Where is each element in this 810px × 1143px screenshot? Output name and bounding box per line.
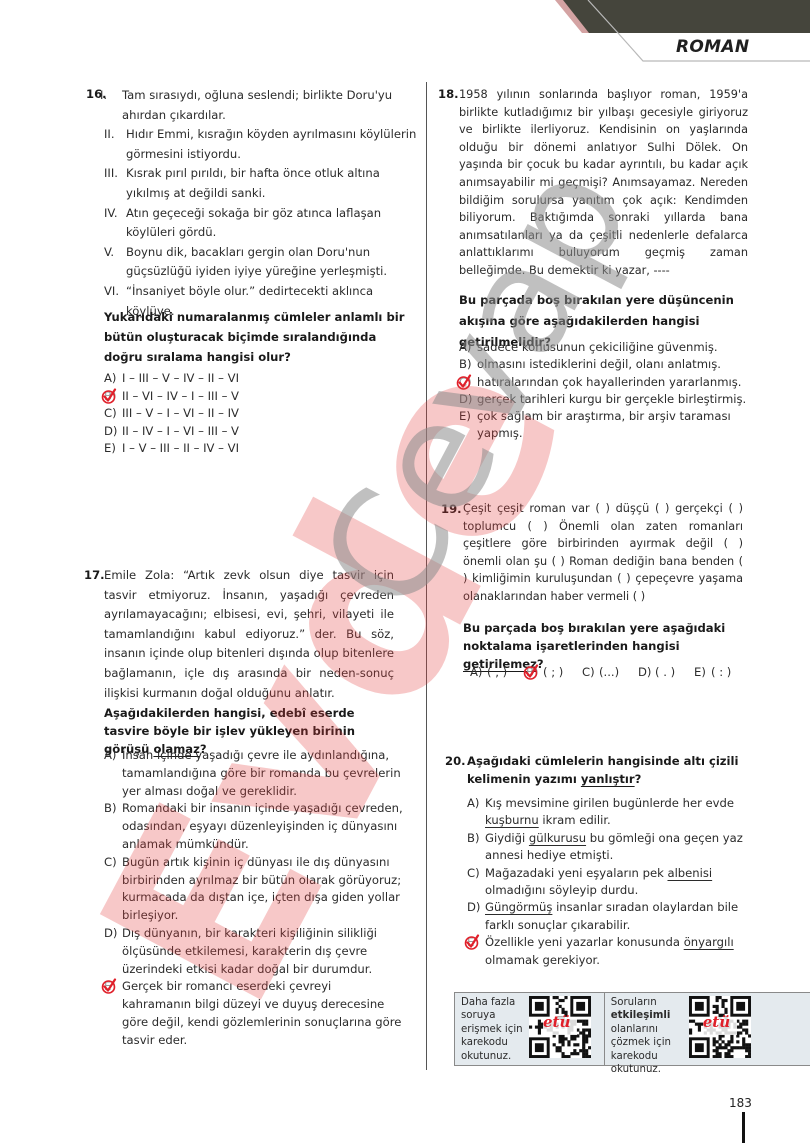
option-text: (...): [599, 664, 619, 682]
answer-option[interactable]: B)( ; ): [526, 664, 582, 682]
question-number: 17.: [84, 568, 105, 582]
answer-option[interactable]: B)II – VI – IV – I – III – V: [104, 388, 418, 406]
qr-caption: Daha fazla soruya erişmek için karekodu …: [461, 996, 523, 1063]
q20-options: A)Kış mevsimine girilen bugünlerde her e…: [467, 795, 752, 969]
q16-options: A)I – III – V – IV – II – VIB)II – VI – …: [104, 370, 418, 458]
sentence-number: V.: [104, 243, 126, 282]
option-label: D): [638, 664, 655, 682]
answer-option[interactable]: A)( , ): [470, 664, 526, 682]
option-label: E): [104, 440, 122, 458]
qr-code-icon[interactable]: etü: [529, 996, 591, 1058]
textbook-page: ROMAN 16. I.Tam sırasıydı, oğluna seslen…: [0, 0, 810, 1143]
option-text: Kış mevsimine girilen bugünlerde her evd…: [485, 795, 752, 830]
option-label: D): [467, 899, 485, 934]
qr-info-box: Daha fazla soruya erişmek için karekodu …: [454, 992, 810, 1066]
answer-option[interactable]: E)( : ): [694, 664, 750, 682]
option-label: E): [694, 664, 711, 682]
option-label: A): [104, 370, 122, 388]
answer-option[interactable]: E)I – V – III – II – IV – VI: [104, 440, 418, 458]
option-text: Romandaki bir insanın içinde yaşadığı çe…: [122, 800, 404, 853]
answer-option[interactable]: A)sadece konusunun çekiciliğine güvenmiş…: [459, 339, 748, 356]
underlined-word: önyargılı: [684, 935, 734, 949]
sentence-number: II.: [104, 125, 126, 164]
page-number-bar: [742, 1112, 745, 1143]
answer-option[interactable]: D)II – IV – I – VI – III – V: [104, 423, 418, 441]
q16-prompt: Yukarıdaki numaralanmış cümleler anlamlı…: [104, 307, 418, 367]
option-text: sadece konusunun çekiciliğine güvenmiş.: [477, 339, 748, 356]
answer-option[interactable]: D)gerçek tarihleri kurgu bir gerçekle bi…: [459, 391, 748, 408]
answer-option[interactable]: C)Bugün artık kişinin iç dünyası ile dış…: [104, 854, 404, 925]
numbered-sentence: V.Boynu dik, bacakları gergin olan Doru'…: [104, 243, 418, 282]
option-text: I – III – V – IV – II – VI: [122, 370, 418, 388]
numbered-sentence: II.Hıdır Emmi, kısrağın köyden ayrılması…: [104, 125, 418, 164]
option-text: İnsan içinde yaşadığı çevre ile aydınlan…: [122, 747, 404, 800]
option-label: B): [526, 664, 543, 682]
answer-option[interactable]: C)hatıralarından çok hayallerinden yarar…: [459, 374, 748, 391]
option-label: D): [104, 925, 122, 978]
option-text: I – V – III – II – IV – VI: [122, 440, 418, 458]
option-text: olmasını istediklerini değil, olanı anla…: [477, 356, 748, 373]
option-label: C): [582, 664, 599, 682]
qr-cell-more-questions: Daha fazla soruya erişmek için karekodu …: [455, 993, 604, 1065]
answer-option[interactable]: E)Gerçek bir romancı eserdeki çevreyi ka…: [104, 978, 404, 1049]
option-text: III – V – I – VI – II – IV: [122, 405, 418, 423]
option-label: E): [467, 934, 485, 969]
option-label: C): [104, 854, 122, 925]
sentence-text: Tam sırasıydı, oğluna seslendi; birlikte…: [122, 86, 418, 125]
option-label: C): [104, 405, 122, 423]
section-title: ROMAN: [676, 37, 749, 57]
numbered-sentence: IV.Atın geçeceği sokağa bir göz atınca l…: [104, 204, 418, 243]
answer-option[interactable]: C)Mağazadaki yeni eşyaların pek albenisi…: [467, 865, 752, 900]
option-label: A): [467, 795, 485, 830]
option-label: D): [459, 391, 477, 408]
answer-option[interactable]: D)Dış dünyanın, bir karakteri kişiliğini…: [104, 925, 404, 978]
answer-option[interactable]: A)I – III – V – IV – II – VI: [104, 370, 418, 388]
answer-check-icon: [101, 388, 117, 404]
option-label: E): [459, 408, 477, 443]
q17-passage: Emile Zola: “Artık zevk olsun diye tasvi…: [104, 566, 394, 703]
header-band: [0, 0, 810, 70]
answer-option[interactable]: D)Güngörmüş insanlar sıradan olaylardan …: [467, 899, 752, 934]
option-label: E): [104, 978, 122, 1049]
option-text: Giydiği gülkurusu bu gömleği ona geçen y…: [485, 830, 752, 865]
answer-option[interactable]: E)Özellikle yeni yazarlar konusunda önya…: [467, 934, 752, 969]
q18-passage: 1958 yılının sonlarında başlıyor roman, …: [459, 86, 748, 280]
option-text: Güngörmüş insanlar sıradan olaylardan bi…: [485, 899, 752, 934]
column-divider: [426, 82, 427, 1070]
qr-code-icon[interactable]: etü: [689, 996, 751, 1058]
page-number: 183: [729, 1096, 752, 1110]
option-text: gerçek tarihleri kurgu bir gerçekle birl…: [477, 391, 748, 408]
option-text: ( ; ): [543, 664, 563, 682]
underlined-word: gülkurusu: [529, 831, 586, 845]
option-label: A): [459, 339, 477, 356]
q19-passage: Çeşit çeşit roman var ( ) düşçü ( ) gerç…: [463, 500, 743, 606]
option-label: C): [467, 865, 485, 900]
option-text: Mağazadaki yeni eşyaların pek albenisi o…: [485, 865, 752, 900]
q18-options: A)sadece konusunun çekiciliğine güvenmiş…: [459, 339, 748, 443]
sentence-text: Atın geçeceği sokağa bir göz atınca lafl…: [126, 204, 418, 243]
q20-prompt: 20.Aşağıdaki cümlelerin hangisinde altı …: [445, 752, 750, 788]
question-number: 19.: [441, 502, 462, 516]
answer-option[interactable]: D)( . ): [638, 664, 694, 682]
numbered-sentence: III.Kısrak pırıl pırıldı, bir hafta önce…: [104, 164, 418, 203]
q17-options: A)İnsan içinde yaşadığı çevre ile aydınl…: [104, 747, 404, 1050]
sentence-text: Boynu dik, bacakları gergin olan Doru'nu…: [126, 243, 418, 282]
sentence-number: IV.: [104, 204, 126, 243]
option-text: Gerçek bir romancı eserdeki çevreyi kahr…: [122, 978, 404, 1049]
answer-option[interactable]: E)çok sağlam bir araştırma, bir arşiv ta…: [459, 408, 748, 443]
q16-sentences: I.Tam sırasıydı, oğluna seslendi; birlik…: [104, 86, 418, 321]
sentence-number: III.: [104, 164, 126, 203]
answer-check-icon: [464, 934, 480, 950]
answer-check-icon: [101, 978, 117, 994]
q19-options: A)( , )B)( ; )C)(...)D)( . )E)( : ): [470, 664, 760, 682]
answer-option[interactable]: B)olmasını istediklerini değil, olanı an…: [459, 356, 748, 373]
underlined-word: albenisi: [667, 866, 712, 880]
answer-option[interactable]: C)III – V – I – VI – II – IV: [104, 405, 418, 423]
question-number: 18.: [438, 87, 459, 101]
option-text: II – VI – IV – I – III – V: [122, 388, 418, 406]
answer-option[interactable]: A)İnsan içinde yaşadığı çevre ile aydınl…: [104, 747, 404, 800]
answer-option[interactable]: B)Giydiği gülkurusu bu gömleği ona geçen…: [467, 830, 752, 865]
underlined-word: kuşburnu: [485, 813, 539, 827]
option-label: C): [459, 374, 477, 391]
option-label: B): [459, 356, 477, 373]
option-label: B): [467, 830, 485, 865]
qr-cell-interactive: Soruların etkileşimli olanlarını çözmek …: [604, 993, 810, 1065]
sentence-text: Kısrak pırıl pırıldı, bir hafta önce otl…: [126, 164, 418, 203]
answer-check-icon: [456, 374, 472, 390]
option-text: hatıralarından çok hayallerinden yararla…: [477, 374, 748, 391]
option-label: A): [104, 747, 122, 800]
option-text: ( , ): [487, 664, 507, 682]
option-label: B): [104, 800, 122, 853]
answer-option[interactable]: A)Kış mevsimine girilen bugünlerde her e…: [467, 795, 752, 830]
option-text: ( . ): [655, 664, 675, 682]
option-label: D): [104, 423, 122, 441]
option-text: çok sağlam bir araştırma, bir arşiv tara…: [477, 408, 748, 443]
option-text: Dış dünyanın, bir karakteri kişiliğinin …: [122, 925, 404, 978]
numbered-sentence: I.Tam sırasıydı, oğluna seslendi; birlik…: [100, 86, 418, 125]
underlined-word: Güngörmüş: [485, 900, 552, 914]
option-label: A): [470, 664, 487, 682]
qr-caption: Soruların etkileşimli olanlarını çözmek …: [611, 996, 683, 1076]
option-text: Özellikle yeni yazarlar konusunda önyarg…: [485, 934, 752, 969]
answer-check-icon: [523, 664, 539, 680]
answer-option[interactable]: C)(...): [582, 664, 638, 682]
sentence-number: I.: [100, 86, 122, 125]
option-label: B): [104, 388, 122, 406]
option-text: II – IV – I – VI – III – V: [122, 423, 418, 441]
sentence-text: Hıdır Emmi, kısrağın köyden ayrılmasını …: [126, 125, 418, 164]
option-text: ( : ): [711, 664, 731, 682]
answer-option[interactable]: B)Romandaki bir insanın içinde yaşadığı …: [104, 800, 404, 853]
option-text: Bugün artık kişinin iç dünyası ile dış d…: [122, 854, 404, 925]
